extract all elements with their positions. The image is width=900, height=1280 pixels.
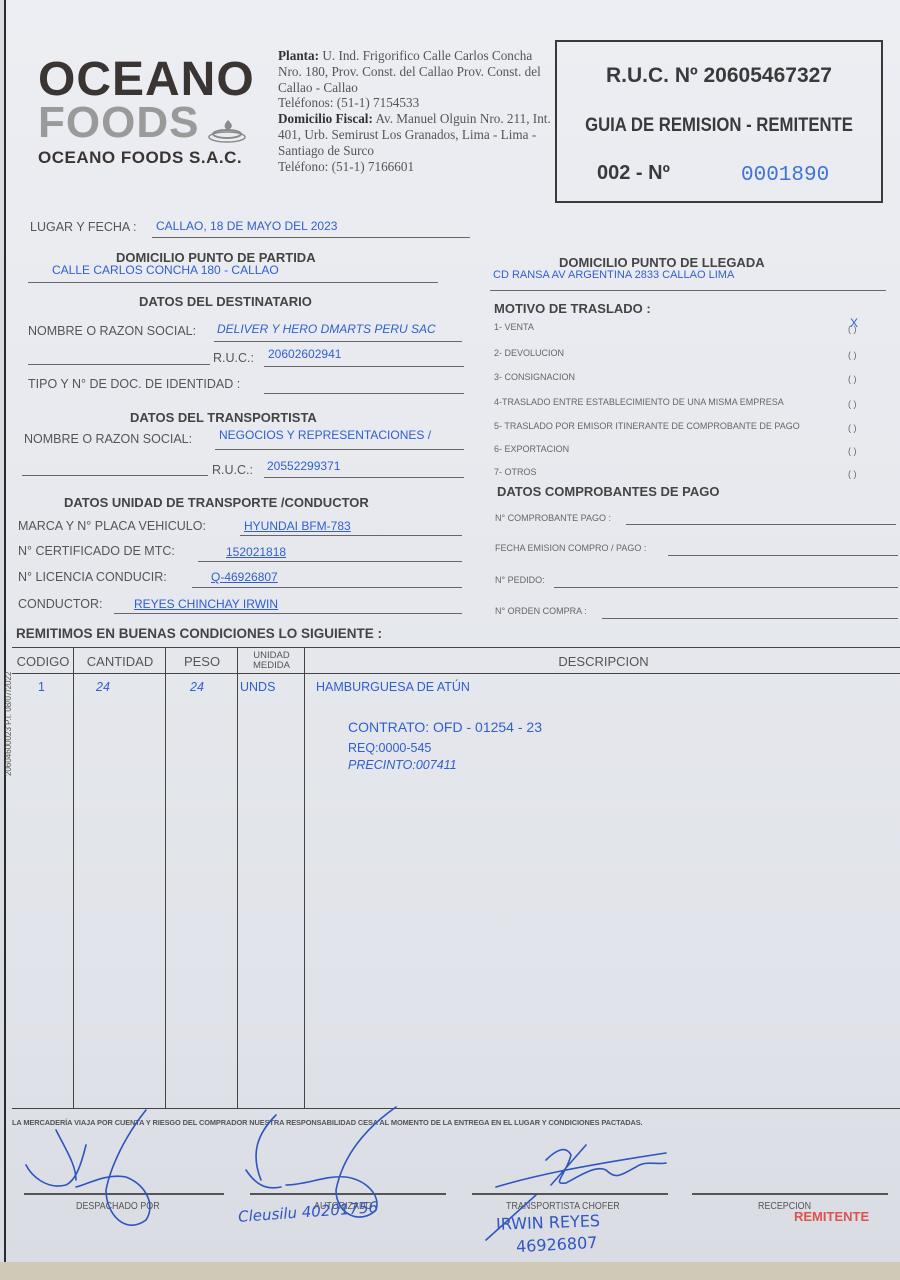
- fecha-emision-label: FECHA EMISION COMPRO / PAGO :: [495, 543, 646, 553]
- table-caption: REMITIMOS EN BUENAS CONDICIONES LO SIGUI…: [16, 626, 382, 641]
- th-descripcion: DESCRIPCION: [305, 648, 900, 674]
- document-number: 0001890: [741, 164, 829, 187]
- motivo-checkbox[interactable]: ( ): [848, 399, 857, 409]
- motivo-label: 2- DEVOLUCION: [494, 348, 564, 358]
- cell-peso: 24: [190, 680, 204, 694]
- lugar-fecha-field[interactable]: CALLAO, 18 DE MAYO DEL 2023: [156, 219, 337, 233]
- cell-codigo: 1: [38, 680, 45, 694]
- document-title: GUIA DE REMISION - REMITENTE: [576, 115, 861, 137]
- ruc-number: R.U.C. Nº 20605467327: [557, 64, 881, 88]
- motivo-label: 4-TRASLADO ENTRE ESTABLECIMIENTO DE UNA …: [494, 397, 784, 407]
- orden-label: N° ORDEN COMPRA :: [495, 606, 587, 616]
- comprobante-field[interactable]: [626, 524, 896, 525]
- dest-doc-label: TIPO Y N° DE DOC. DE IDENTIDAD :: [28, 377, 240, 391]
- trans-ruc-field[interactable]: 20552299371: [267, 459, 340, 473]
- conductor-field[interactable]: REYES CHINCHAY IRWIN: [134, 597, 278, 611]
- placa-field[interactable]: HYUNDAI BFM-783: [244, 519, 351, 533]
- signature-scribbles: [6, 1105, 706, 1265]
- company-name: OCEANO FOODS S.A.C.: [38, 148, 242, 168]
- placa-label: MARCA Y N° PLACA VEHICULO:: [18, 519, 206, 533]
- motivo-label: 5- TRASLADO POR EMISOR ITINERANTE DE COM…: [494, 421, 800, 431]
- logo-foods: FOODS: [38, 98, 199, 148]
- chofer-handwriting-name: IRWIN REYES: [496, 1211, 601, 1234]
- check-mark-icon: X: [850, 316, 858, 330]
- telefono: Teléfono: (51-1) 7166601: [278, 159, 414, 174]
- th-medida: MEDIDA: [253, 661, 290, 671]
- ruc-box: R.U.C. Nº 20605467327 GUIA DE REMISION -…: [555, 40, 883, 203]
- dest-nombre-label: NOMBRE O RAZON SOCIAL:: [28, 324, 196, 338]
- pedido-field[interactable]: [554, 587, 898, 588]
- motivo-checkbox[interactable]: ( ): [848, 469, 857, 479]
- domicilio-label: Domicilio Fiscal:: [278, 111, 373, 126]
- llegada-field[interactable]: CD RANSA AV ARGENTINA 2833 CALLAO LIMA: [493, 269, 734, 281]
- fecha-emision-field[interactable]: [668, 555, 898, 556]
- mtc-field[interactable]: 152021818: [226, 545, 286, 559]
- th-unidad-medida: UNIDAD MEDIDA: [238, 648, 305, 674]
- motivo-checkbox[interactable]: ( ): [848, 350, 857, 360]
- mtc-label: N° CERTIFICADO DE MTC:: [18, 544, 175, 558]
- motivo-heading: MOTIVO DE TRASLADO :: [494, 301, 651, 316]
- note-precinto: PRECINTO:007411: [348, 758, 457, 772]
- th-cantidad: CANTIDAD: [74, 648, 166, 674]
- motivo-checkbox[interactable]: ( ): [848, 374, 857, 384]
- partida-field[interactable]: CALLE CARLOS CONCHA 180 - CALLAO: [52, 263, 279, 277]
- motivo-checkbox[interactable]: ( ): [848, 423, 857, 433]
- motivo-label: 1- VENTA: [494, 322, 534, 332]
- telefonos: Teléfonos: (51-1) 7154533: [278, 95, 419, 110]
- cell-descripcion: HAMBURGUESA DE ATÚN: [316, 680, 470, 694]
- serie-label: 002 - Nº: [597, 162, 670, 185]
- items-table: CODIGO CANTIDAD PESO UNIDAD MEDIDA DESCR…: [12, 647, 900, 1109]
- dest-nombre-field[interactable]: DELIVER Y HERO DMARTS PERU SAC: [217, 322, 436, 336]
- licencia-label: N° LICENCIA CONDUCIR:: [18, 570, 167, 584]
- lugar-fecha-label: LUGAR Y FECHA :: [30, 220, 137, 234]
- llegada-heading: DOMICILIO PUNTO DE LLEGADA: [559, 255, 765, 270]
- planta-label: Planta:: [278, 48, 319, 63]
- note-req: REQ:0000-545: [348, 741, 431, 755]
- orden-field[interactable]: [602, 618, 898, 619]
- motivo-checkbox[interactable]: ( ): [848, 446, 857, 456]
- cell-unidad: UNDS: [240, 680, 275, 694]
- company-info: Planta: U. Ind. Frigorifico Calle Carlos…: [278, 48, 553, 174]
- note-contrato: CONTRATO: OFD - 01254 - 23: [348, 719, 542, 735]
- motivo-label: 7- OTROS: [494, 467, 537, 477]
- unidad-heading: DATOS UNIDAD DE TRANSPORTE /CONDUCTOR: [64, 495, 369, 510]
- trans-nombre-field[interactable]: NEGOCIOS Y REPRESENTACIONES /: [219, 428, 431, 442]
- dest-ruc-label: R.U.C.:: [213, 351, 254, 365]
- th-peso: PESO: [166, 648, 238, 674]
- conductor-label: CONDUCTOR:: [18, 597, 103, 611]
- comprobantes-heading: DATOS COMPROBANTES DE PAGO: [497, 484, 719, 499]
- transportista-heading: DATOS DEL TRANSPORTISTA: [130, 410, 317, 425]
- remission-guide-document: OCEANO FOODS OCEANO FOODS S.A.C. Planta:…: [4, 0, 900, 1262]
- cell-cantidad: 24: [96, 680, 110, 694]
- dest-ruc-field[interactable]: 20602602941: [268, 347, 341, 361]
- trans-ruc-label: R.U.C.:: [212, 463, 253, 477]
- th-codigo: CODIGO: [12, 648, 74, 674]
- licencia-field[interactable]: Q-46926807: [211, 570, 278, 584]
- trans-nombre-label: NOMBRE O RAZON SOCIAL:: [24, 432, 192, 446]
- water-drop-ripple-icon: [206, 118, 246, 150]
- background-surface: [0, 1262, 900, 1280]
- remitente-stamp: REMITENTE: [794, 1209, 869, 1224]
- destinatario-heading: DATOS DEL DESTINATARIO: [139, 294, 312, 309]
- motivo-label: 6- EXPORTACION: [494, 444, 569, 454]
- pedido-label: N° PEDIDO:: [495, 575, 545, 585]
- motivo-label: 3- CONSIGNACION: [494, 372, 575, 382]
- comprobante-label: N° COMPROBANTE PAGO :: [495, 513, 611, 523]
